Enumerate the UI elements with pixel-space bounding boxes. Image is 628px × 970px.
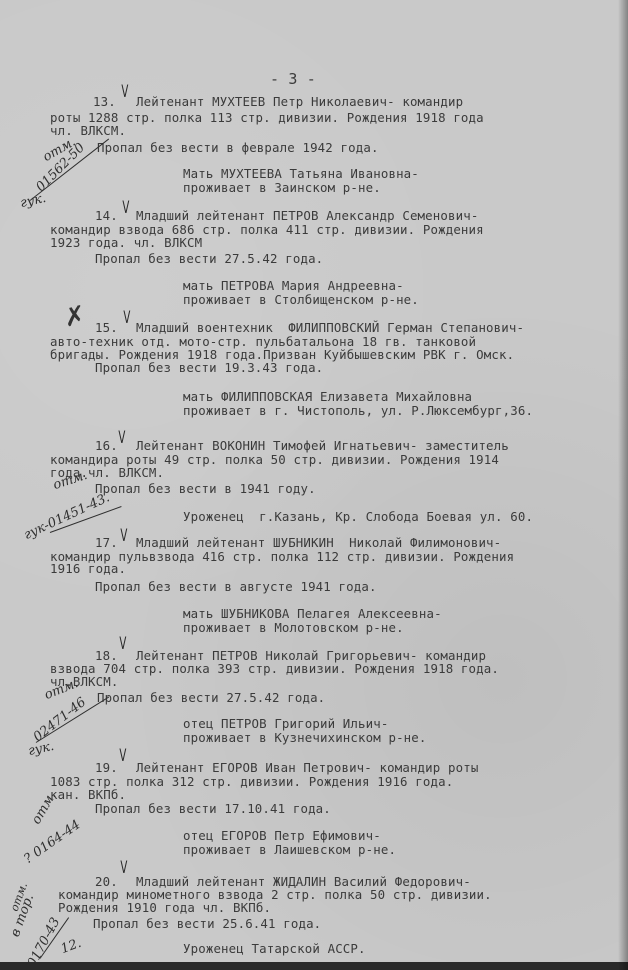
- entry-number: 13.: [93, 96, 116, 108]
- entry-number: 15.: [95, 322, 118, 334]
- entry-number: 14.: [95, 210, 118, 222]
- entry-line: чл. ВЛКСМ.: [50, 125, 126, 137]
- relative-line: отец ЕГОРОВ Петр Ефимович-: [183, 830, 381, 842]
- relative-line: мать ФИЛИППОВСКАЯ Елизавета Михайловна: [183, 391, 472, 403]
- check-mark-icon: V: [119, 746, 126, 766]
- entry-missing-line: Пропал без вести 19.3.43 года.: [95, 362, 323, 374]
- handwritten-annotation: гук.: [27, 739, 56, 759]
- relative-line: мать ПЕТРОВА Мария Андреевна-: [183, 280, 404, 292]
- relative-line: Уроженец г.Казань, Кр. Слобода Боевая ул…: [183, 511, 533, 523]
- relative-line: проживает в Кузнечихинском р-не.: [183, 732, 427, 744]
- relative-line: Уроженец Татарской АССР.: [183, 943, 366, 955]
- check-mark-icon: V: [123, 308, 130, 328]
- relative-line: проживает в Заинском р-не.: [183, 182, 381, 194]
- page-number: - 3 -: [270, 72, 316, 87]
- relative-line: отец ПЕТРОВ Григорий Ильич-: [183, 718, 388, 730]
- entry-missing-line: Пропал без вести 17.10.41 года.: [95, 803, 331, 815]
- entry-missing-line: Пропал без вести 27.5.42 года.: [97, 692, 325, 704]
- entry-missing-line: Пропал без вести 27.5.42 года.: [95, 253, 323, 265]
- handwritten-annotation: ? 0164-44: [21, 817, 83, 867]
- relative-line: проживает в Молотовском р-не.: [183, 622, 404, 634]
- check-mark-icon: V: [118, 428, 125, 448]
- check-mark-icon: V: [120, 858, 127, 878]
- entry-number: 16.: [95, 440, 118, 452]
- check-mark-icon: V: [122, 198, 129, 218]
- handwritten-annotation: гук.: [19, 191, 48, 211]
- entry-line: Лейтенант ВОКОНИН Тимофей Игнатьевич- за…: [136, 440, 509, 452]
- handwritten-annotation: 12.: [59, 936, 84, 957]
- scan-bottom-edge: [0, 962, 628, 970]
- scanned-document-page: - 3 - 13. V Лейтенант МУХТЕЕВ Петр Никол…: [0, 0, 628, 970]
- check-mark-icon: V: [119, 634, 126, 654]
- handwritten-annotation: отм.: [29, 789, 60, 827]
- relative-line: проживает в Столбищенском р-не.: [183, 294, 419, 306]
- entry-line: кан. ВКПб.: [50, 789, 126, 801]
- entry-line: Рождения 1910 года чл. ВКПб.: [58, 902, 271, 914]
- entry-missing-line: Пропал без вести в августе 1941 года.: [95, 581, 377, 593]
- entry-missing-line: Пропал без вести в феврале 1942 года.: [97, 142, 379, 154]
- check-mark-icon: V: [121, 82, 128, 102]
- relative-line: мать ШУБНИКОВА Пелагея Алексеевна-: [183, 608, 442, 620]
- handwritten-annotation: 02471-46: [31, 695, 89, 745]
- entry-line: Младший воентехник ФИЛИППОВСКИЙ Герман С…: [136, 322, 524, 334]
- relative-line: проживает в Лаишевском р-не.: [183, 844, 396, 856]
- entry-line: 1923 года. чл. ВЛКСМ: [50, 237, 202, 249]
- entry-line: Лейтенант ЕГОРОВ Иван Петрович- командир…: [136, 762, 478, 774]
- entry-missing-line: Пропал без вести 25.6.41 года.: [93, 918, 321, 930]
- handwritten-x-mark-icon: ✗: [62, 300, 89, 333]
- entry-line: 1916 года.: [50, 563, 126, 575]
- entry-line: Младший лейтенант ШУБНИКИН Николай Филим…: [136, 537, 501, 549]
- entry-number: 17.: [95, 537, 118, 549]
- entry-line: Лейтенант МУХТЕЕВ Петр Николаевич- коман…: [136, 96, 463, 108]
- check-mark-icon: V: [120, 526, 127, 546]
- entry-number: 19.: [95, 762, 118, 774]
- relative-line: Мать МУХТЕЕВА Татьяна Ивановна-: [183, 168, 419, 180]
- relative-line: проживает в г. Чистополь, ул. Р.Люксембу…: [183, 405, 533, 417]
- entry-line: Младший лейтенант ПЕТРОВ Александр Семен…: [136, 210, 478, 222]
- entry-missing-line: Пропал без вести в 1941 году.: [95, 483, 316, 495]
